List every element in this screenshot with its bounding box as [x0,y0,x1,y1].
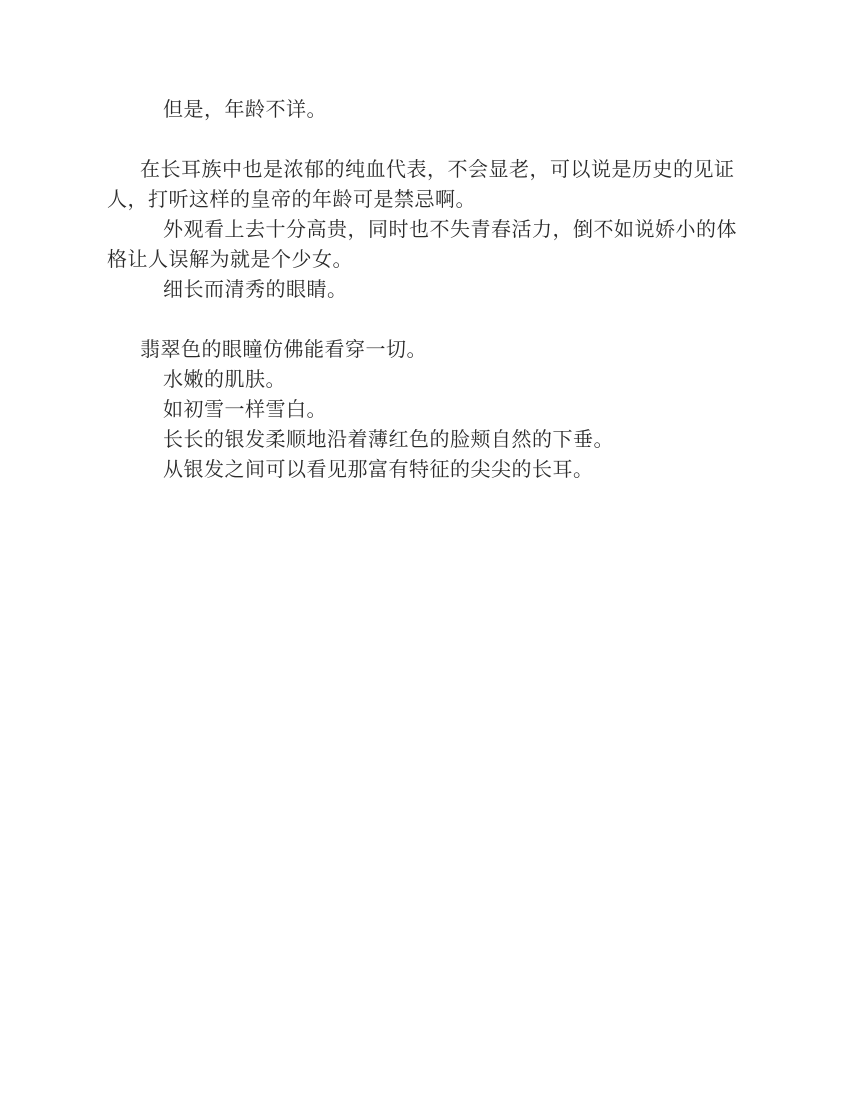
paragraph: 长长的银发柔顺地沿着薄红色的脸颊自然的下垂。 [107,425,747,455]
paragraph: 从银发之间可以看见那富有特征的尖尖的长耳。 [107,455,747,485]
paragraph: 外观看上去十分高贵，同时也不失青春活力，倒不如说娇小的体格让人误解为就是个少女。 [107,215,747,275]
paragraph: 细长而清秀的眼睛。 [107,275,747,305]
paragraph: 但是，年龄不详。 [107,95,747,125]
paragraph: 在长耳族中也是浓郁的纯血代表，不会显老，可以说是历史的见证人，打听这样的皇帝的年… [107,155,747,215]
paragraph: 水嫩的肌肤。 [107,365,747,395]
paragraph: 翡翠色的眼瞳仿佛能看穿一切。 [107,335,747,365]
text-block: 但是，年龄不详。 在长耳族中也是浓郁的纯血代表，不会显老，可以说是历史的见证人，… [107,95,747,485]
paragraph: 如初雪一样雪白。 [107,395,747,425]
document-page: 但是，年龄不详。 在长耳族中也是浓郁的纯血代表，不会显老，可以说是历史的见证人，… [0,0,850,1100]
